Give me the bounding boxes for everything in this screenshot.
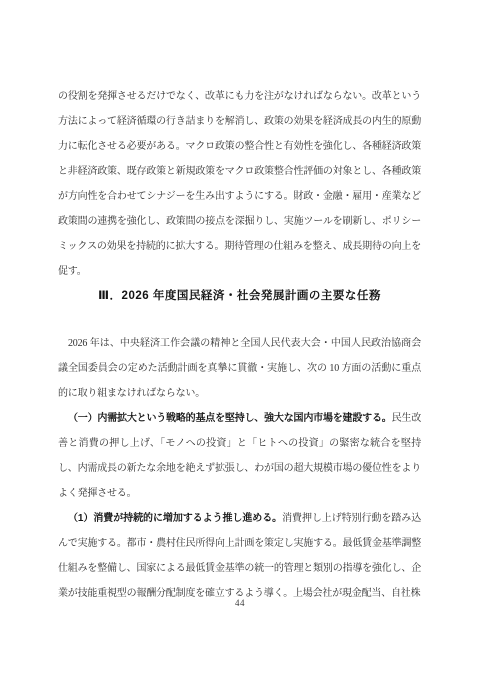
page-number: 44: [235, 598, 245, 608]
subsection-1-text: 民生改善と消費の押し上げ、「モノへの投資」と「ヒトへの投資」の緊密な統合を堅持し…: [58, 413, 421, 499]
item-1-lead: （1）消費が持続的に増加するよう推し進める。: [68, 513, 282, 524]
intro-paragraph: 2026 年は、中央経済工作会議の精神と全国人民代表大会・中国人民政治協商会議全…: [58, 331, 421, 406]
item-1-paragraph: （1）消費が持続的に増加するよう推し進める。消費押し上げ特別行動を踏み込んで実施…: [58, 506, 421, 606]
page-footer: 44: [0, 593, 480, 611]
section-heading: Ⅲ．2026 年度国民経済・社会発展計画の主要な任務: [58, 284, 421, 309]
item-1-text: 消費押し上げ特別行動を踏み込んで実施する。都市・農村住民所得向上計画を策定し実施…: [58, 513, 421, 599]
subsection-1-paragraph: （一）内需拡大という戦略的基点を堅持し、強大な国内市場を建設する。民生改善と消費…: [58, 406, 421, 506]
page-content: の役割を発揮させるだけでなく、改革にも力を注がなければならない。改革という方法に…: [58, 84, 421, 606]
document-page: の役割を発揮させるだけでなく、改革にも力を注がなければならない。改革という方法に…: [0, 0, 480, 679]
subsection-1-lead: （一）内需拡大という戦略的基点を堅持し、強大な国内市場を建設する。: [68, 413, 392, 424]
paragraph-continuation: の役割を発揮させるだけでなく、改革にも力を注がなければならない。改革という方法に…: [58, 84, 421, 284]
